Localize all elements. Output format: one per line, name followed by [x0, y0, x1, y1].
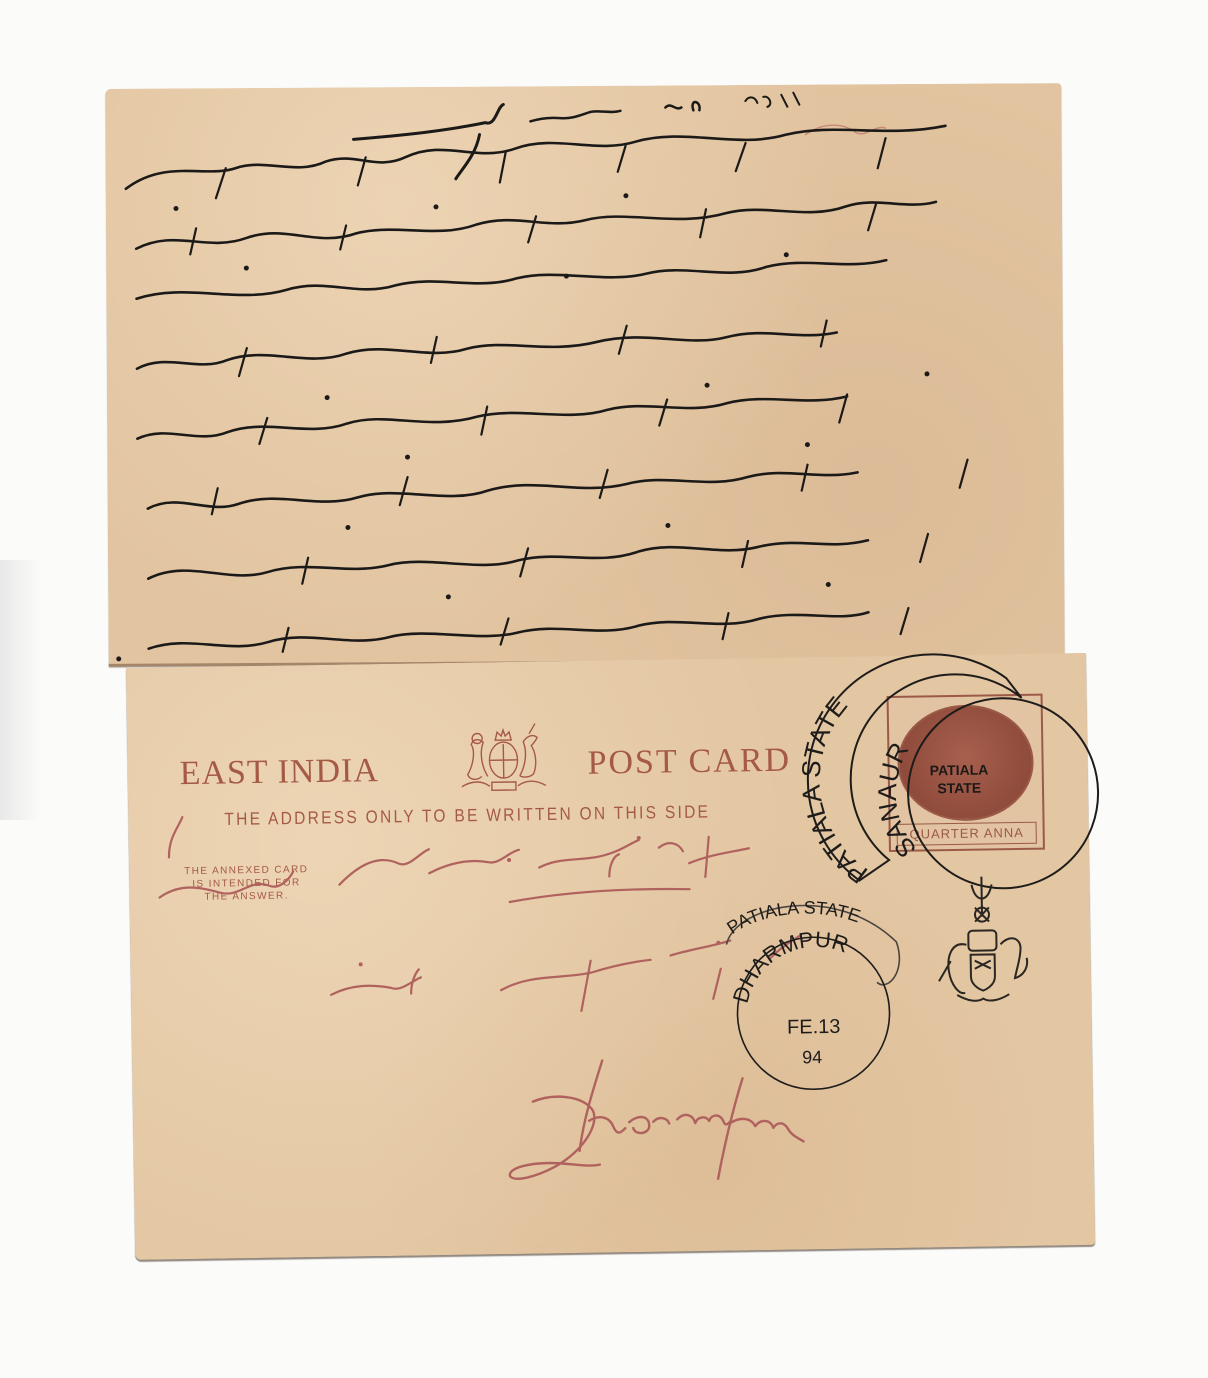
patiala-crest-icon — [929, 874, 1041, 1026]
postmark-date: FE.13 — [787, 1016, 841, 1039]
handwritten-message — [105, 83, 1065, 667]
address-card: EAST INDIA POST CARD THE ADDRESS ONLY TO… — [126, 653, 1095, 1260]
message-card — [105, 83, 1065, 667]
postmark-2-town-text: DHARMPUR — [727, 926, 853, 1006]
postmark-dharmpur: PATIALA STATE DHARMPUR FE.13 94 — [715, 882, 918, 1095]
postmark-year: 94 — [802, 1047, 822, 1067]
scan-shadow — [0, 560, 40, 820]
